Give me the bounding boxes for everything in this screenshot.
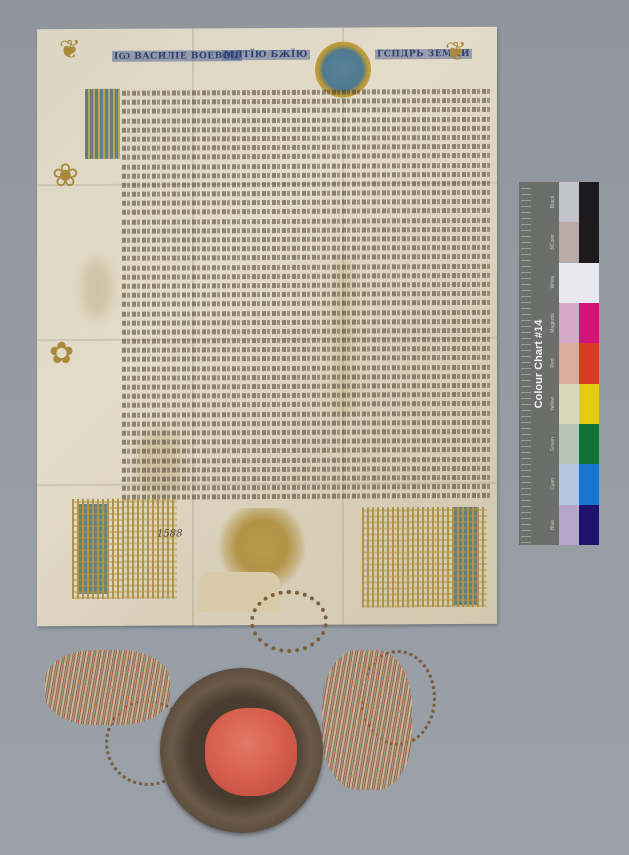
swatch-red — [559, 343, 599, 383]
heading-segment: МЛТЇЮ БЖЇЮ — [222, 50, 310, 60]
floral-ornament-icon: ❦ — [59, 37, 81, 63]
swatch-light — [559, 182, 579, 222]
swatch-dark — [579, 384, 599, 424]
swatch-dark — [579, 343, 599, 383]
floral-margin-ornament-icon: ✿ — [49, 339, 74, 369]
swatch-label: Blue — [550, 520, 556, 530]
swatch-light — [559, 222, 579, 262]
swatch-dark — [579, 303, 599, 343]
swatch-light — [559, 303, 579, 343]
tassel-right — [322, 650, 412, 790]
ruler-strip: Colour Chart #14 Black 3/Color White Mag… — [519, 182, 559, 545]
ruler-ticks — [521, 184, 531, 543]
swatch-label: Red — [550, 358, 556, 367]
swatch-label: 3/Color — [550, 234, 556, 250]
swatch-light — [559, 384, 579, 424]
gold-monogram-right — [362, 507, 487, 608]
red-wax-seal — [205, 708, 297, 796]
seal-cord — [250, 590, 328, 653]
swatch-3-color — [559, 222, 599, 262]
swatch-magenta — [559, 303, 599, 343]
swatch-label: Black — [550, 196, 556, 208]
swatch-light — [559, 505, 579, 545]
swatch-light — [559, 263, 579, 303]
swatch-yellow — [559, 384, 599, 424]
gold-monogram-left — [72, 498, 177, 599]
colour-swatches — [559, 182, 599, 545]
swatch-green — [559, 424, 599, 464]
swatch-dark — [579, 464, 599, 504]
swatch-label: Cyan — [550, 478, 556, 490]
swatch-dark — [579, 263, 599, 303]
swatch-label: Green — [550, 437, 556, 451]
swatch-white — [559, 263, 599, 303]
swatch-label: Magenta — [550, 313, 556, 332]
swatch-dark — [579, 182, 599, 222]
manuscript-charter: ❦ ІѠ ВАСИЛІЕ ВОЕВОД МЛТЇЮ БЖЇЮ ГСПДРЬ ЗЕ… — [37, 27, 497, 626]
swatch-light — [559, 424, 579, 464]
swatch-light — [559, 343, 579, 383]
swatch-label: Yellow — [550, 397, 556, 411]
date-annotation: 1588 — [157, 528, 182, 539]
swatch-cyan — [559, 464, 599, 504]
tassel-left — [45, 650, 170, 725]
illuminated-initial — [85, 89, 120, 159]
manuscript-text-body — [122, 89, 490, 521]
floral-margin-ornament-icon: ❀ — [52, 159, 79, 191]
stain — [82, 259, 112, 319]
swatch-dark — [579, 505, 599, 545]
swatch-dark — [579, 424, 599, 464]
swatch-black — [559, 182, 599, 222]
floral-ornament-icon: ❦ — [445, 39, 467, 65]
swatch-blue — [559, 505, 599, 545]
swatch-light — [559, 464, 579, 504]
swatch-label: White — [550, 276, 556, 289]
swatch-dark — [579, 222, 599, 262]
colour-chart-title: Colour Chart #14 — [533, 320, 545, 409]
colour-chart: Colour Chart #14 Black 3/Color White Mag… — [519, 182, 599, 545]
